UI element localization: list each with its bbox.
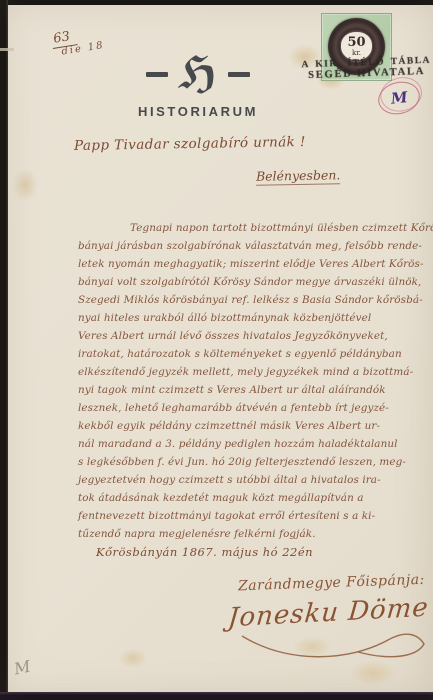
- logo-monogram-row: ℌ: [118, 48, 278, 100]
- logo-monogram-h-icon: ℌ: [178, 52, 218, 96]
- scan-edge-bottom: [0, 692, 433, 700]
- scanned-letter: 63 die 18 ℌ HISTORIARUM 50 kr. A KIR. ÍT…: [0, 0, 433, 700]
- body-line: bányai volt szolgabírótól Kőrösy Sándor …: [78, 273, 414, 291]
- letter-place: Belényesben.: [256, 167, 341, 185]
- logo-dash-left-icon: [146, 72, 168, 77]
- body-line: nál maradand a 3. példány pediglen hozzá…: [78, 435, 414, 453]
- stamp-value: 50: [347, 36, 365, 49]
- body-line: kekből egyik példány czimzettnél másik V…: [78, 417, 414, 435]
- scan-edge-top: [0, 0, 433, 5]
- revenue-stamp-center: 50 kr.: [341, 32, 372, 60]
- body-line: fentnevezett bizottmányi tagokat erről é…: [78, 507, 414, 525]
- pencil-corner-mark: M: [12, 657, 32, 679]
- body-line: elkészítendő jegyzék mellett, mely jegyz…: [78, 363, 414, 381]
- scan-edge-artifact: [0, 48, 14, 51]
- logo-dash-right-icon: [228, 72, 250, 77]
- scan-edge-left: [0, 0, 8, 695]
- signature-flourish-icon: [238, 618, 428, 664]
- filing-note: 63 die 18: [50, 22, 105, 59]
- body-line: lesznek, lehető leghamarább átvévén a fe…: [78, 399, 414, 417]
- body-line: Szegedi Miklós kőrösbányai ref. lelkész …: [78, 291, 414, 309]
- letter-signoff: Zarándmegye Főispánja:: [238, 572, 428, 595]
- letter-dateline: Kőrösbányán 1867. május hó 22én: [96, 545, 313, 559]
- body-line: Tegnapi napon tartott bizottmányi ülésbe…: [78, 219, 414, 237]
- body-line: Veres Albert urnál lévő összes hivatalos…: [78, 327, 414, 345]
- letter-body: Tegnapi napon tartott bizottmányi ülésbe…: [78, 219, 414, 543]
- body-line: s legkésőbben f. évi Jun. hó 20ig felter…: [78, 453, 414, 471]
- body-line: letek nyomán meghagyatik; miszerint előd…: [78, 255, 414, 273]
- collection-mark-glyph: M: [390, 88, 408, 108]
- letter-addressee: Papp Tivadar szolgabíró urnák !: [74, 134, 306, 154]
- body-line: nyai hiteles urakból álló bizottmánynak …: [78, 309, 414, 327]
- body-line: iratokat, határozatok s költeményeket s …: [78, 345, 414, 363]
- body-line: nyi tagok mint czimzett s Veres Albert u…: [78, 381, 414, 399]
- body-line: bányai járásban szolgabírónak választatv…: [78, 237, 414, 255]
- historiarum-logo: ℌ HISTORIARUM: [118, 48, 278, 119]
- circled-collection-mark: M: [375, 77, 423, 118]
- body-line: jegyeztetvén hogy czimzett s utóbbi álta…: [78, 471, 414, 489]
- body-line: tűzendő napra megjelenésre felkérni fogj…: [78, 525, 414, 543]
- logo-wordmark: HISTORIARUM: [118, 104, 278, 119]
- body-line: tok átadásának kezdetét maguk közt megál…: [78, 489, 414, 507]
- paper-stain: [118, 648, 148, 668]
- office-ink-stamp: A KIR. ÍTÉLŐ TÁBLA SEGÉD HIVATALA: [300, 56, 433, 82]
- stamp-unit: kr.: [352, 50, 361, 57]
- paper-stain: [12, 168, 38, 202]
